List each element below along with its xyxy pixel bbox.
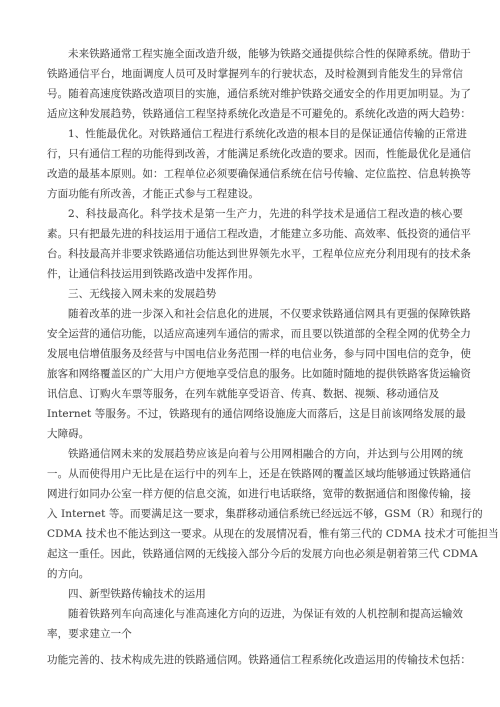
body-line: 号。随着高速度铁路改造项目的实施，通信系统对维护铁路交通安全的作用更加明显。为了 — [47, 84, 463, 104]
body-line: 适应这种发展趋势，铁路通信工程坚持系统化改造是不可避免的。系统化改造的两大趋势： — [47, 104, 463, 124]
body-line: 铁路通信网未来的发展趋势应该是向着与公用网相融合的方向，并达到与公用网的统 — [47, 444, 463, 464]
body-line: 台。科技最高并非要求铁路通信功能达到世界领先水平，工程单位应充分利用现有的技术条 — [47, 244, 463, 264]
section-heading-3: 三、无线接入网未来的发展趋势 — [47, 284, 463, 304]
body-line: 一。从而使得用户无比是在运行中的列车上，还是在铁路网的覆盖区域均能够通过铁路通信 — [47, 464, 463, 484]
body-line: 随着铁路列车向高速化与准高速化方向的迈进，为保证有效的人机控制和提高运输效 — [47, 604, 463, 624]
body-line: 大障碍。 — [47, 424, 463, 444]
body-line: 旅客和网络覆盖区的广大用户方便地享受信息的服务。比如随时随地的提供铁路客货运输资 — [47, 364, 463, 384]
body-line: 功能完善的、技术构成先进的铁路通信网。铁路通信工程系统化改造运用的传输技术包括： — [47, 650, 463, 670]
section-heading-4: 四、新型铁路传输技术的运用 — [47, 584, 463, 604]
body-line: 讯信息、订购火车票等服务，在列车就能享受语音、传真、数据、视频、移动通信及 — [47, 384, 463, 404]
body-line: 1、性能最优化。对铁路通信工程进行系统化改造的根本目的是保证通信传输的正常进 — [47, 124, 463, 144]
body-line: 起这一重任。因此，铁路通信网的无线接入部分今后的发展方向也必须是朝着第三代 CD… — [47, 544, 463, 564]
body-line: 2、科技最高化。科学技术是第一生产力，先进的科学技术是通信工程改造的核心要 — [47, 204, 463, 224]
body-line: CDMA 技术也不能达到这一要求。从现在的发展情况看，惟有第三代的 CDMA 技… — [47, 524, 463, 544]
body-line: 未来铁路通常工程实施全面改造升级，能够为铁路交通提供综合性的保障系统。借助于 — [47, 44, 463, 64]
document-page: 未来铁路通常工程实施全面改造升级，能够为铁路交通提供综合性的保障系统。借助于 铁… — [0, 0, 500, 707]
body-line: 的方向。 — [47, 564, 463, 584]
body-line: 方面功能有所改善，才能正式参与工程建设。 — [47, 184, 463, 204]
body-line: 网进行如同办公室一样方便的信息交流，如进行电话联络，宽带的数据通信和图像传输，接 — [47, 484, 463, 504]
body-line: 件，让通信科技运用到铁路改造中发挥作用。 — [47, 264, 463, 284]
body-line: 发展电信增值服务及经营与中国电信业务范围一样的电信业务，参与同中国电信的竞争，使 — [47, 344, 463, 364]
body-line: 安全运营的通信功能，以适应高速列车通信的需求，而且要以铁道部的全程全网的优势全力 — [47, 324, 463, 344]
body-line: 随着改革的进一步深入和社会信息化的进展，不仅要求铁路通信网具有更强的保障铁路 — [47, 304, 463, 324]
body-line: 入 Internet 等。而要满足这一要求，集群移动通信系统已经远远不够，GSM… — [47, 504, 463, 524]
body-line: 行，只有通信工程的功能得到改善，才能满足系统化改造的要求。因而，性能最优化是通信 — [47, 144, 463, 164]
body-line: 改造的最基本原则。如：工程单位必须要确保通信系统在信号传输、定位监控、信息转换等 — [47, 164, 463, 184]
body-line: 素。只有把最先进的科技运用于通信工程改造，才能建立多功能、高效率、低投资的通信平 — [47, 224, 463, 244]
body-line: 率，要求建立一个 — [47, 624, 463, 644]
body-line: 铁路通信平台，地面调度人员可及时掌握列车的行驶状态，及时检测到肯能发生的异常信 — [47, 64, 463, 84]
body-line: Internet 等服务。不过，铁路现有的通信网络设施庞大而落后，这是目前该网络… — [47, 404, 463, 424]
